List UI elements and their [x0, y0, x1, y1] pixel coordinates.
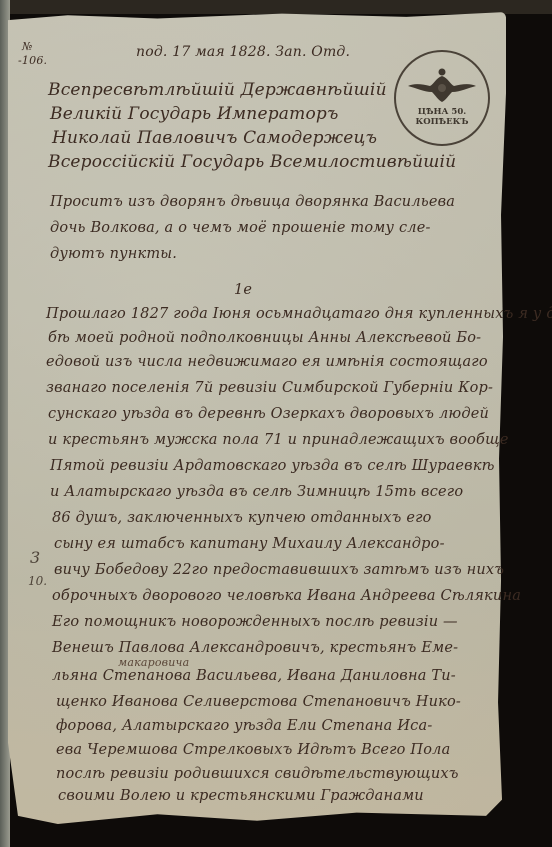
body-line: вичу Бобедову 22го предоставившихъ затѣм… [54, 562, 504, 578]
intro-line: дуютъ пункты. [50, 246, 177, 262]
margin-mark: 10. [28, 574, 47, 588]
salutation-line: Великій Государь Императоръ [50, 104, 339, 124]
body-line: бѣ моей родной подполковницы Анны Алексѣ… [48, 330, 481, 346]
double-headed-eagle-icon [408, 66, 476, 106]
body-line: льяна Степанова Васильева, Ивана Данилов… [52, 668, 456, 684]
salutation-line: Николай Павловичъ Самодержецъ [52, 128, 377, 148]
intro-line: Проситъ изъ дворянъ дѣвица дворянка Васи… [50, 194, 455, 210]
scan-background-top [0, 0, 552, 14]
section-number: 1е [234, 282, 252, 298]
corner-note-number: -106. [18, 54, 47, 67]
corner-note-mark: № [22, 40, 33, 53]
margin-mark: 3 [30, 548, 40, 567]
body-line: и Алатырскаго уѣзда въ селѣ Зимницѣ 15ть… [50, 484, 463, 500]
stamp-price: ЦѢНА 50. [396, 107, 488, 117]
salutation-line: Всероссійскій Государь Всемилостивѣйшій [48, 152, 456, 172]
body-line: званаго поселенія 7й ревизіи Симбирской … [46, 380, 493, 396]
tax-stamp: ЦѢНА 50. КОПѢЕКЪ [394, 50, 490, 146]
intro-line: дочь Волкова, а о чемъ моё прошеніе тому… [50, 220, 431, 236]
body-line: своими Волею и крестьянскими Гражданами [58, 788, 424, 804]
body-line: Его помощникъ новорожденныхъ послѣ ревиз… [52, 614, 458, 630]
body-line: форова, Алатырскаго уѣзда Ели Степана Ис… [56, 718, 432, 734]
body-line: и крестьянъ мужска пола 71 и принадлежащ… [48, 432, 509, 448]
body-line: Пятой ревизіи Ардатовскаго уѣзда въ селѣ… [50, 458, 495, 474]
salutation-line: Всепресвѣтлѣйшій Державнѣйшій [48, 80, 387, 100]
body-line: сунскаго уѣзда въ деревнѣ Озеркахъ дворо… [48, 406, 489, 422]
body-line: щенко Иванова Селиверстова Степановичъ Н… [56, 694, 461, 710]
body-line: ева Черемшова Стрелковыхъ Идѣтъ Всего По… [56, 742, 450, 758]
body-line: Венешъ Павлова Александровичъ, крестьянъ… [52, 640, 458, 656]
body-line: Прошлаго 1827 года Іюня осьмнадцатаго дн… [46, 306, 552, 322]
stamp-currency: КОПѢЕКЪ [396, 117, 488, 127]
body-line: 86 душъ, заключенныхъ купчею отданныхъ е… [52, 510, 432, 526]
body-line: послѣ ревизіи родившихся свидѣтельствующ… [56, 766, 459, 782]
body-line: едовой изъ числа недвижимаго ея имѣнія с… [46, 354, 488, 370]
body-line: сыну ея штабсъ капитану Михаилу Александ… [54, 536, 445, 552]
body-line: оброчныхъ дворового человѣка Ивана Андре… [52, 588, 521, 604]
dateline: под. 17 мая 1828. Зап. Отд. [136, 44, 350, 60]
